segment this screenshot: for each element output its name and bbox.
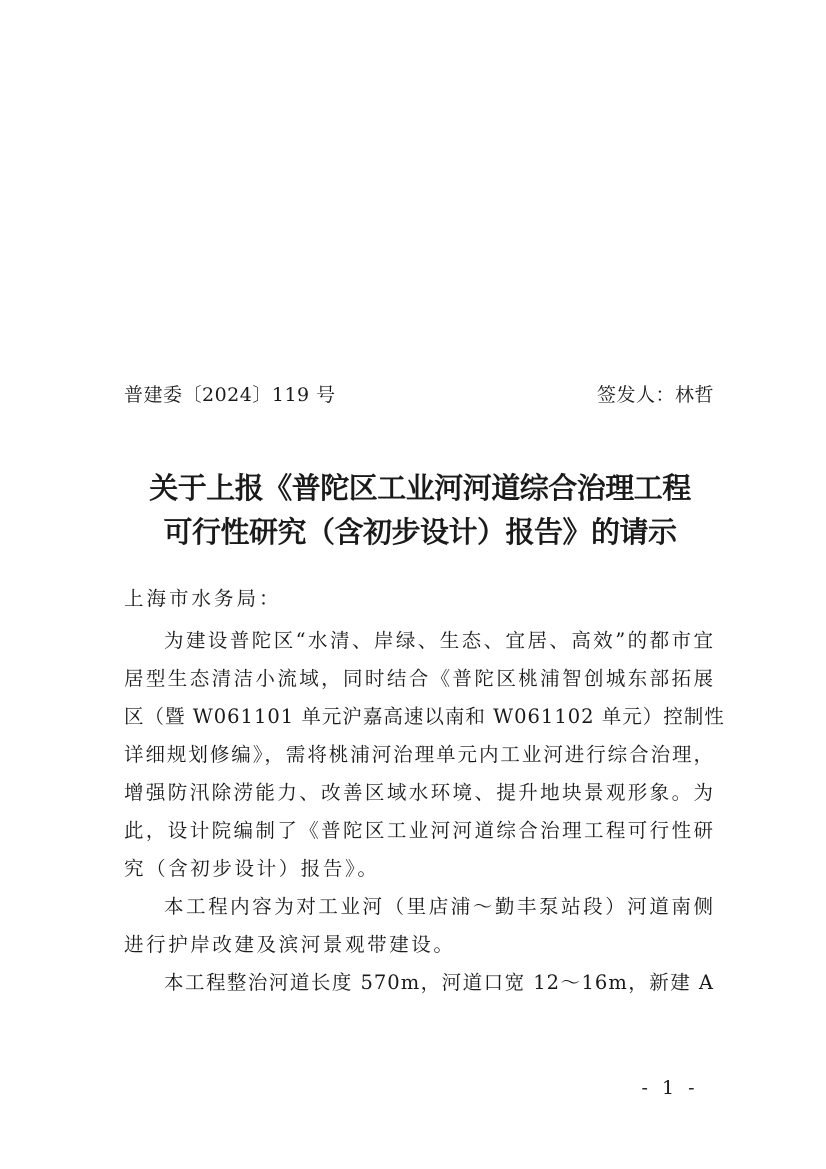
document-page: 普建委〔2024〕119 号 签发人：林哲 关于上报《普陀区工业河河道综合治理工… — [0, 0, 826, 1169]
salutation: 上海市水务局： — [124, 584, 282, 614]
document-header: 普建委〔2024〕119 号 签发人：林哲 — [124, 380, 714, 410]
body-line: 详细规划修编》，需将桃浦河治理单元内工业河进行综合治理， — [124, 736, 714, 774]
document-number: 普建委〔2024〕119 号 — [124, 380, 336, 410]
document-title: 关于上报《普陀区工业河河道综合治理工程 可行性研究（含初步设计）报告》的请示 — [100, 466, 740, 554]
page-number: - 1 - — [640, 1073, 700, 1103]
body-line: 进行护岸改建及滨河景观带建设。 — [124, 926, 714, 964]
body-line: 增强防汛除涝能力、改善区域水环境、提升地块景观形象。为 — [124, 774, 714, 812]
body-line: 此，设计院编制了《普陀区工业河河道综合治理工程可行性研 — [124, 812, 714, 850]
title-line: 可行性研究（含初步设计）报告》的请示 — [100, 510, 740, 554]
body-line: 为建设普陀区“水清、岸绿、生态、宜居、高效”的都市宜 — [124, 622, 714, 660]
signer: 签发人：林哲 — [597, 380, 714, 410]
body-line: 本工程整治河道长度 570m，河道口宽 12～16m，新建 A — [124, 964, 714, 1002]
body-line: 居型生态清洁小流域，同时结合《普陀区桃浦智创城东部拓展 — [124, 660, 714, 698]
document-body: 为建设普陀区“水清、岸绿、生态、宜居、高效”的都市宜 居型生态清洁小流域，同时结… — [124, 622, 714, 1002]
body-line: 究（含初步设计）报告》。 — [124, 850, 714, 888]
title-line: 关于上报《普陀区工业河河道综合治理工程 — [100, 466, 740, 510]
body-line: 本工程内容为对工业河（里店浦～勤丰泵站段）河道南侧 — [124, 888, 714, 926]
body-line: 区（暨 W061101 单元沪嘉高速以南和 W061102 单元）控制性 — [124, 698, 714, 736]
